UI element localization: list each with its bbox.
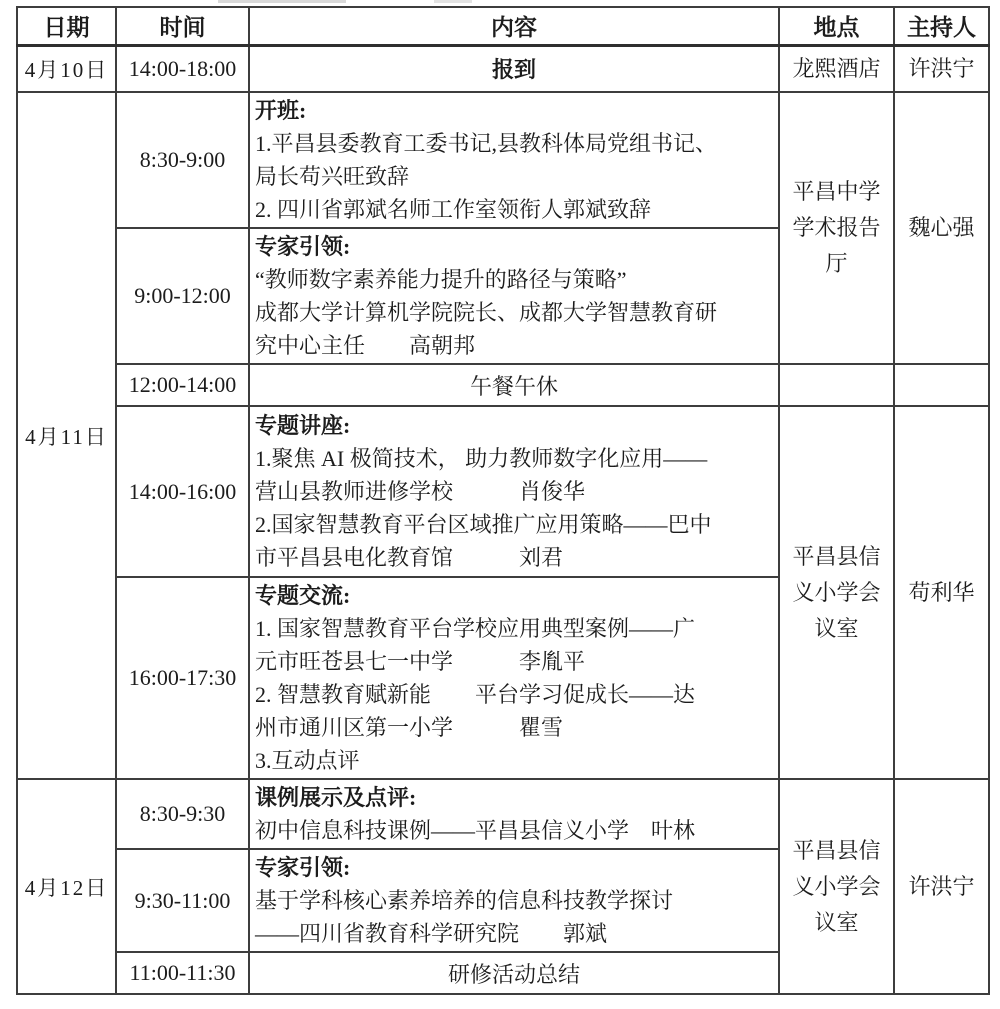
location-apr12: 平昌县信义小学会议室 — [779, 779, 894, 994]
date-apr12: 4月12日 — [17, 779, 116, 994]
session-title: 专题交流: — [255, 579, 773, 612]
session-line: 元市旺苍县七一中学 李胤平 — [255, 645, 773, 678]
host-checkin: 许洪宁 — [894, 45, 989, 92]
row-lunch: 12:00-14:00 午餐午休 — [17, 364, 989, 406]
session-title: 开班: — [255, 94, 773, 127]
host-apr12: 许洪宁 — [894, 779, 989, 994]
time-summary: 11:00-11:30 — [116, 952, 249, 994]
time-lunch: 12:00-14:00 — [116, 364, 249, 406]
location-lunch-empty — [779, 364, 894, 406]
host-afternoon-apr11: 苟利华 — [894, 406, 989, 779]
header-date: 日期 — [17, 7, 116, 45]
date-apr10: 4月10日 — [17, 45, 116, 92]
time-expert-am: 9:00-12:00 — [116, 228, 249, 364]
session-line: 局长苟兴旺致辞 — [255, 160, 773, 193]
cropped-text-artifact — [434, 0, 472, 3]
row-checkin: 4月10日 14:00-18:00 报到 龙熙酒店 许洪宁 — [17, 45, 989, 92]
session-line: 1.聚焦 AI 极简技术， 助力教师数字化应用—— — [255, 442, 773, 475]
content-summary: 研修活动总结 — [249, 952, 779, 994]
header-content: 内容 — [249, 7, 779, 45]
session-title: 专题讲座: — [255, 409, 773, 442]
session-line: 州市通川区第一小学 瞿雪 — [255, 711, 773, 744]
host-lunch-empty — [894, 364, 989, 406]
location-checkin: 龙熙酒店 — [779, 45, 894, 92]
content-checkin: 报到 — [249, 45, 779, 92]
session-title: 专家引领: — [255, 230, 773, 263]
header-time: 时间 — [116, 7, 249, 45]
time-lecture: 14:00-16:00 — [116, 406, 249, 577]
content-exchange: 专题交流: 1. 国家智慧教育平台学校应用典型案例——广 元市旺苍县七一中学 李… — [249, 577, 779, 779]
content-expert-am: 专家引领: “教师数字素养能力提升的路径与策略” 成都大学计算机学院院长、成都大… — [249, 228, 779, 364]
session-line: 初中信息科技课例——平昌县信义小学 叶林 — [255, 814, 773, 847]
session-line: 2.国家智慧教育平台区域推广应用策略——巴中 — [255, 508, 773, 541]
schedule-page: 日期 时间 内容 地点 主持人 4月10日 14:00-18:00 报到 龙熙酒… — [0, 0, 1000, 1009]
header-host: 主持人 — [894, 7, 989, 45]
content-opening: 开班: 1.平昌县委教育工委书记,县教科体局党组书记、 局长苟兴旺致辞 2. 四… — [249, 92, 779, 228]
session-line: ——四川省教育科学研究院 郭斌 — [255, 917, 773, 950]
content-expert-apr12: 专家引领: 基于学科核心素养培养的信息科技教学探讨 ——四川省教育科学研究院 郭… — [249, 849, 779, 952]
date-apr11: 4月11日 — [17, 92, 116, 779]
row-lesson: 4月12日 8:30-9:30 课例展示及点评: 初中信息科技课例——平昌县信义… — [17, 779, 989, 849]
schedule-table: 日期 时间 内容 地点 主持人 4月10日 14:00-18:00 报到 龙熙酒… — [16, 6, 990, 995]
row-lecture: 14:00-16:00 专题讲座: 1.聚焦 AI 极简技术， 助力教师数字化应… — [17, 406, 989, 577]
session-line: “教师数字素养能力提升的路径与策略” — [255, 263, 773, 296]
session-title: 专家引领: — [255, 851, 773, 884]
header-row: 日期 时间 内容 地点 主持人 — [17, 7, 989, 45]
session-line: 市平昌县电化教育馆 刘君 — [255, 541, 773, 574]
session-line: 1. 国家智慧教育平台学校应用典型案例——广 — [255, 612, 773, 645]
time-lesson: 8:30-9:30 — [116, 779, 249, 849]
location-afternoon-apr11: 平昌县信义小学会议室 — [779, 406, 894, 779]
session-title: 课例展示及点评: — [255, 781, 773, 814]
session-line: 2. 智慧教育赋新能 平台学习促成长——达 — [255, 678, 773, 711]
host-morning-apr11: 魏心强 — [894, 92, 989, 364]
time-expert-apr12: 9:30-11:00 — [116, 849, 249, 952]
session-line: 2. 四川省郭斌名师工作室领衔人郭斌致辞 — [255, 193, 773, 226]
session-line: 成都大学计算机学院院长、成都大学智慧教育研 — [255, 296, 773, 329]
cropped-text-artifact — [218, 0, 346, 3]
row-opening: 4月11日 8:30-9:00 开班: 1.平昌县委教育工委书记,县教科体局党组… — [17, 92, 989, 228]
session-line: 基于学科核心素养培养的信息科技教学探讨 — [255, 884, 773, 917]
session-line: 3.互动点评 — [255, 744, 773, 777]
session-line: 营山县教师进修学校 肖俊华 — [255, 475, 773, 508]
content-lesson: 课例展示及点评: 初中信息科技课例——平昌县信义小学 叶林 — [249, 779, 779, 849]
time-exchange: 16:00-17:30 — [116, 577, 249, 779]
header-location: 地点 — [779, 7, 894, 45]
session-line: 究中心主任 高朝邦 — [255, 329, 773, 362]
content-lecture: 专题讲座: 1.聚焦 AI 极简技术， 助力教师数字化应用—— 营山县教师进修学… — [249, 406, 779, 577]
location-morning-apr11: 平昌中学学术报告厅 — [779, 92, 894, 364]
time-checkin: 14:00-18:00 — [116, 45, 249, 92]
session-line: 1.平昌县委教育工委书记,县教科体局党组书记、 — [255, 127, 773, 160]
content-lunch: 午餐午休 — [249, 364, 779, 406]
time-opening: 8:30-9:00 — [116, 92, 249, 228]
